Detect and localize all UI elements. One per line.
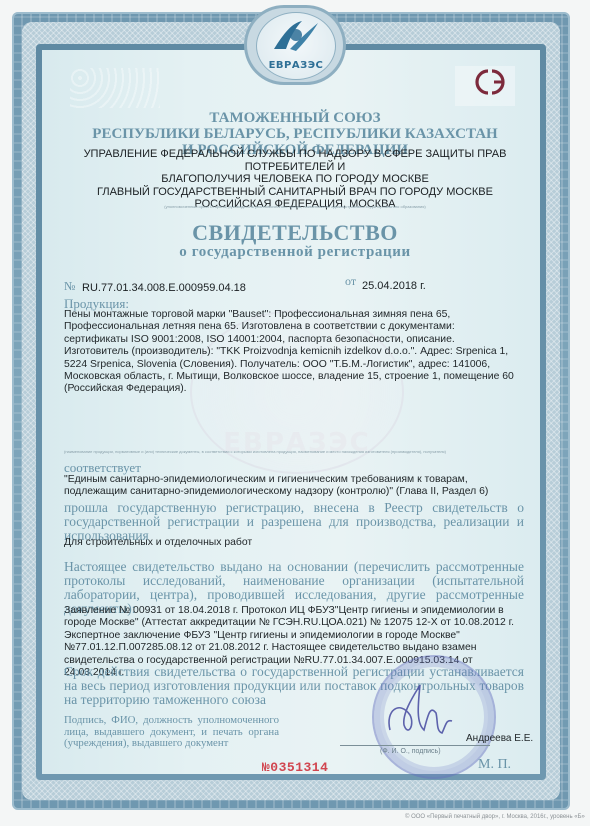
- union-line: ТАМОЖЕННЫЙ СОЮЗ: [60, 110, 530, 126]
- product-description: Пены монтажные торговой марки "Bauset": …: [64, 309, 520, 396]
- hologram-pattern: [70, 68, 160, 108]
- sanitary-conformity-mark-icon: [470, 67, 518, 97]
- usage-scope: Для строительных и отделочных работ: [64, 537, 520, 549]
- eurasec-logo-text: ЕВРАЗЭС: [257, 60, 335, 71]
- issuing-agency: УПРАВЛЕНИЕ ФЕДЕРАЛЬНОЙ СЛУЖБЫ ПО НАДЗОРУ…: [62, 148, 528, 211]
- eurasec-logo: ЕВРАЗЭС: [256, 12, 336, 80]
- signature-line: [340, 745, 490, 746]
- form-serial-number: №0351314: [262, 760, 328, 775]
- product-caption: (наименование продукции, нормативные и (…: [64, 449, 524, 455]
- certificate-title: СВИДЕТЕЛЬСТВО: [60, 220, 530, 246]
- signature-mark: [380, 675, 470, 745]
- agency-line: БЛАГОПОЛУЧИЯ ЧЕЛОВЕКА ПО ГОРОДУ МОСКВЕ: [62, 173, 528, 186]
- eurasec-swoosh-icon: [272, 19, 320, 53]
- signature-label: Подпись, ФИО, должность уполномоченного …: [64, 715, 279, 750]
- union-line: РЕСПУБЛИКИ БЕЛАРУСЬ, РЕСПУБЛИКИ КАЗАХСТА…: [60, 126, 530, 142]
- signer-name: Андреева Е.Е.: [466, 733, 533, 744]
- signature-line-caption: (Ф. И. О., подпись): [380, 748, 441, 755]
- registration-number: RU.77.01.34.008.E.000959.04.18: [82, 282, 246, 294]
- agency-line: ГЛАВНЫЙ ГОСУДАРСТВЕННЫЙ САНИТАРНЫЙ ВРАЧ …: [62, 186, 528, 199]
- number-label: №: [64, 279, 75, 294]
- seal-place-label: М. П.: [478, 757, 511, 773]
- agency-line: УПРАВЛЕНИЕ ФЕДЕРАЛЬНОЙ СЛУЖБЫ ПО НАДЗОРУ…: [62, 148, 528, 173]
- printer-note: © ООО «Первый печатный двор», г. Москва,…: [405, 814, 585, 820]
- registration-date: 25.04.2018 г.: [362, 280, 426, 292]
- certificate-subtitle: о государственной регистрации: [60, 244, 530, 261]
- agency-caption: (уполномоченный орган Стороны, руководит…: [80, 204, 510, 210]
- conformity-requirements: "Единым санитарно-эпидемиологическим и г…: [64, 474, 520, 499]
- date-label: от: [345, 274, 356, 289]
